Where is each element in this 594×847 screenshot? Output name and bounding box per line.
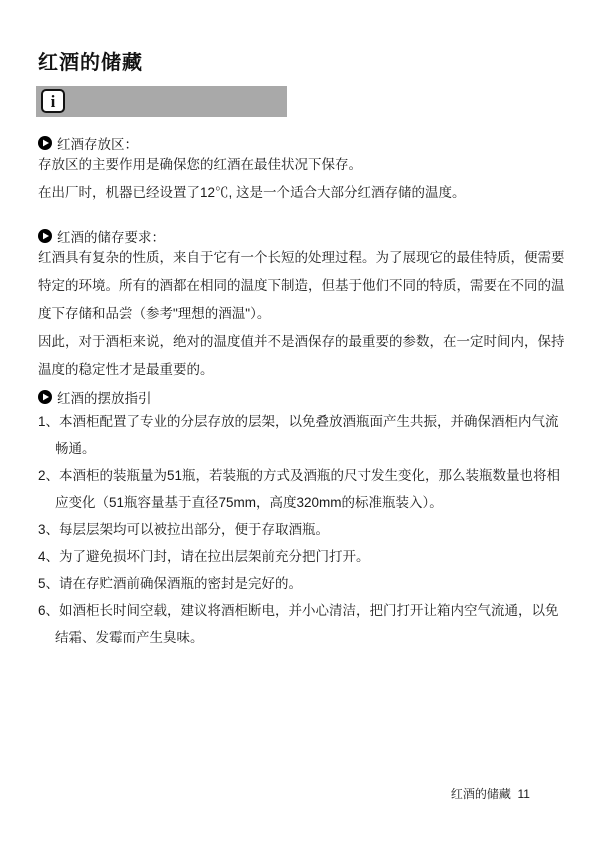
page-footer: 红酒的储藏 11 (451, 785, 530, 802)
info-banner: i (36, 86, 287, 117)
list-item-line: 应变化（51瓶容量基于直径75mm，高度320mm的标准瓶装入）。 (38, 489, 560, 516)
body-line: 因此，对于酒柜来说，绝对的温度值并不是酒保存的最重要的参数，在一定时间内，保持 (38, 328, 560, 356)
body-line: 红酒具有复杂的性质，来自于它有一个长短的处理过程。为了展现它的最佳特质，便需要 (38, 244, 560, 272)
info-icon: i (41, 89, 65, 113)
section-storage-requirements-body: 红酒具有复杂的性质，来自于它有一个长短的处理过程。为了展现它的最佳特质，便需要 … (38, 244, 560, 384)
play-bullet-icon (38, 229, 52, 243)
section-heading-label: 红酒的摆放指引 (57, 387, 152, 407)
list-item-line: 4、为了避免损坏门封，请在拉出层架前充分把门打开。 (38, 543, 560, 570)
list-item-line: 5、请在存贮酒前确保酒瓶的密封是完好的。 (38, 570, 560, 597)
list-item-line: 畅通。 (38, 435, 560, 462)
section-storage-zone-body: 存放区的主要作用是确保您的红酒在最佳状况下保存。 在出厂时，机器已经设置了12℃… (38, 151, 560, 207)
list-item-line: 结霜、发霉而产生臭味。 (38, 624, 560, 651)
manual-page: 红酒的储藏 i 红酒存放区： 存放区的主要作用是确保您的红酒在最佳状况下保存。 … (0, 0, 594, 847)
body-line: 温度的稳定性才是最重要的。 (38, 356, 560, 384)
body-line: 存放区的主要作用是确保您的红酒在最佳状况下保存。 (38, 151, 560, 179)
body-line: 特定的环境。所有的酒都在相同的温度下制造，但基于他们不同的特质，需要在不同的温 (38, 272, 560, 300)
section-heading-label: 红酒的储存要求： (57, 226, 165, 246)
section-heading-storage-requirements: 红酒的储存要求： (38, 226, 165, 246)
section-heading-placement-guide: 红酒的摆放指引 (38, 387, 152, 407)
page-title: 红酒的储藏 (38, 46, 143, 75)
section-heading-storage-zone: 红酒存放区： (38, 133, 138, 153)
placement-guide-list: 1、本酒柜配置了专业的分层存放的层架，以免叠放酒瓶面产生共振，并确保酒柜内气流 … (38, 408, 560, 651)
body-line: 在出厂时，机器已经设置了12℃, 这是一个适合大部分红酒存储的温度。 (38, 179, 560, 207)
play-bullet-icon (38, 136, 52, 150)
list-item-line: 2、本酒柜的装瓶量为51瓶，若装瓶的方式及酒瓶的尺寸发生变化，那么装瓶数量也将相 (38, 462, 560, 489)
list-item-line: 6、如酒柜长时间空载，建议将酒柜断电，并小心清洁，把门打开让箱内空气流通，以免 (38, 597, 560, 624)
body-line: 度下存储和品尝（参考"理想的酒温"）。 (38, 300, 560, 328)
section-heading-label: 红酒存放区： (57, 133, 138, 153)
list-item-line: 1、本酒柜配置了专业的分层存放的层架，以免叠放酒瓶面产生共振，并确保酒柜内气流 (38, 408, 560, 435)
play-bullet-icon (38, 390, 52, 404)
list-item-line: 3、每层层架均可以被拉出部分，便于存取酒瓶。 (38, 516, 560, 543)
